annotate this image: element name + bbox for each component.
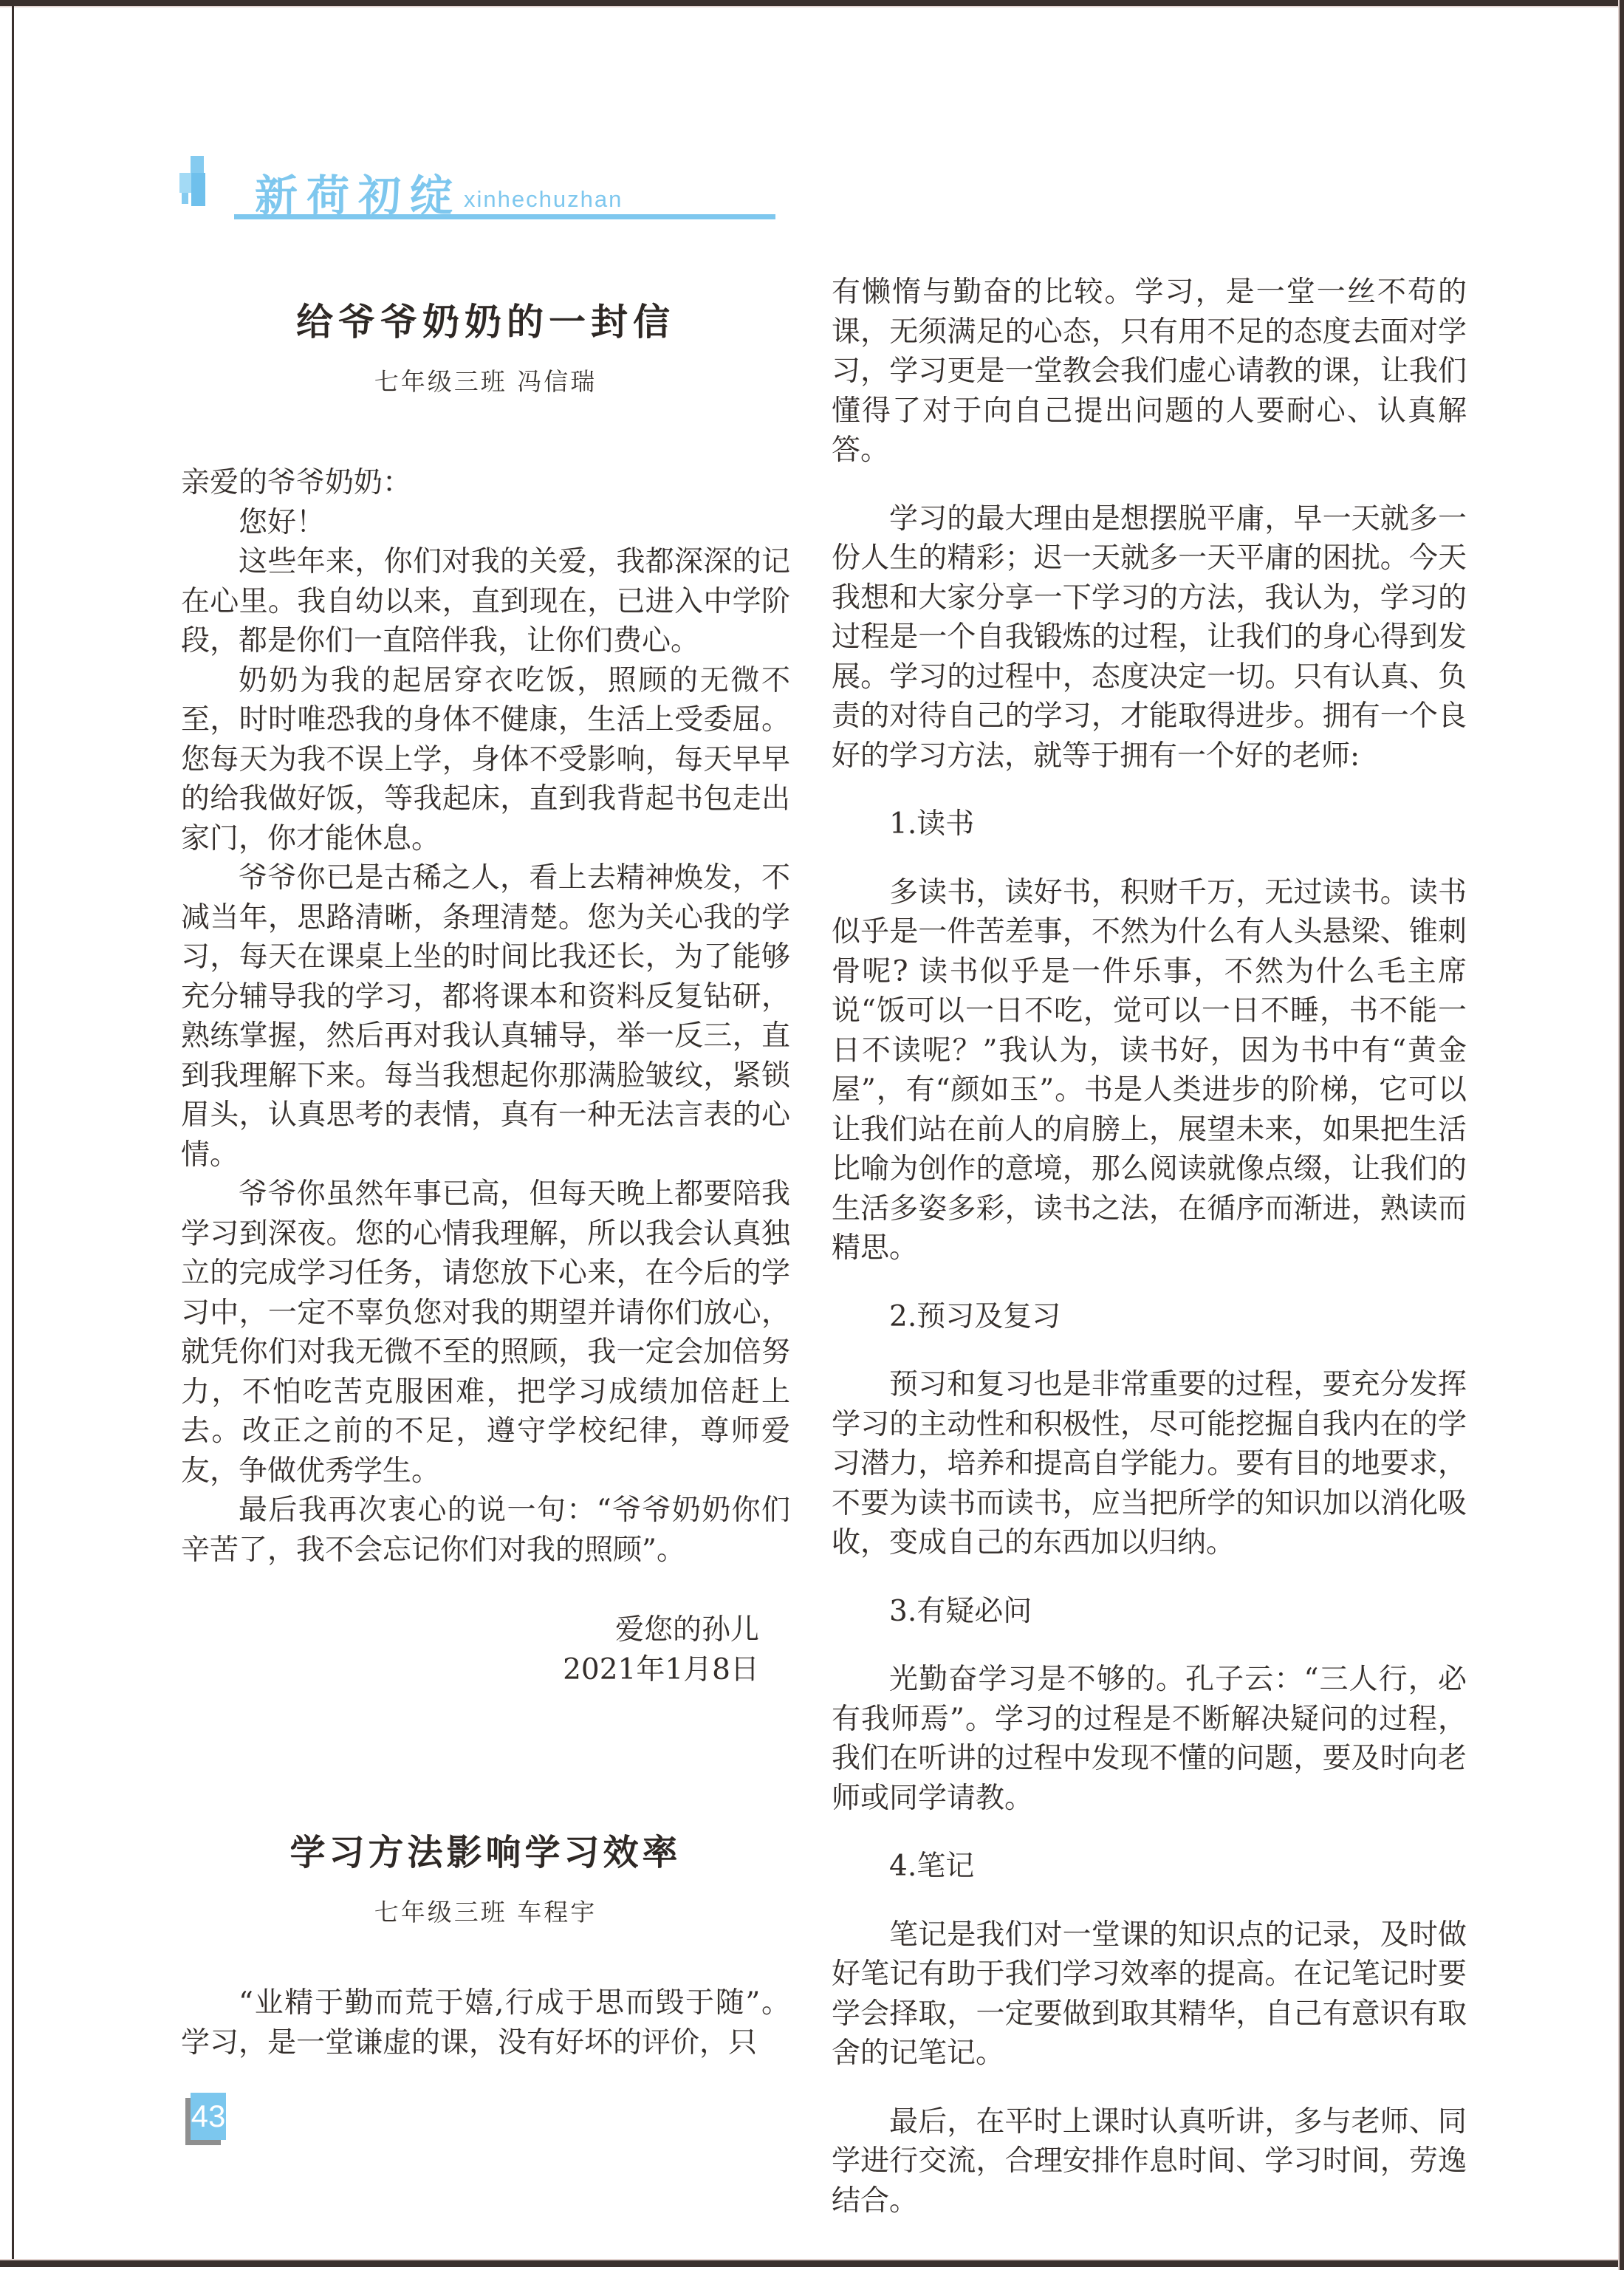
article2-paragraph: 预习和复习也是非常重要的过程，要充分发挥学习的主动性和积极性，尽可能挖掘自我内在… [832,1365,1467,1563]
article2-paragraph: 多读书，读好书，积财千万，无过读书。读书似乎是一件苦差事，不然为什么有人头悬梁、… [832,873,1467,1268]
letter-greeting: 您好！ [181,503,790,543]
signoff-name: 爱您的孙儿 [181,1610,759,1650]
article2-paragraph: 笔记是我们对一堂课的知识点的记录，及时做好笔记有助于我们学习效率的提高。在记笔记… [832,1915,1467,2074]
letter-paragraph: 奶奶为我的起居穿衣吃饭，照顾的无微不至，时时唯恐我的身体不健康，生活上受委屈。您… [181,661,790,859]
article2-heading: 4.笔记 [832,1847,1467,1887]
letter-salutation: 亲爱的爷爷奶奶： [181,463,790,503]
article2-heading: 2.预习及复习 [832,1297,1467,1337]
article2-heading: 1.读书 [832,804,1467,844]
left-column: 给爷爷奶奶的一封信 七年级三班 冯信瑞 亲爱的爷爷奶奶： 您好！ 这些年来，你们… [181,299,790,2062]
page-border-left [12,6,14,2259]
page-number-badge: 43 [191,2093,226,2140]
article1-title: 给爷爷奶奶的一封信 [181,299,790,345]
article2-title: 学习方法影响学习效率 [181,1830,790,1876]
letter-paragraph: 爷爷你已是古稀之人，看上去精神焕发，不减当年，思路清晰，条理清楚。您为关心我的学… [181,858,790,1175]
article2-heading: 3.有疑必问 [832,1592,1467,1632]
logo-squares-icon [182,193,188,204]
article2-body-start: “业精于勤而荒于嬉,行成于思而毁于随”。学习，是一堂谦虚的课，没有好坏的评价，只 [181,1983,790,2062]
article2-paragraph: 有懒惰与勤奋的比较。学习，是一堂一丝不苟的课，无须满足的心态，只有用不足的态度去… [832,273,1467,471]
logo-squares-icon [191,173,205,206]
article2-paragraph: 学习的最大理由是想摆脱平庸，早一天就多一份人生的精彩；迟一天就多一天平庸的困扰。… [832,499,1467,776]
article2-byline: 七年级三班 车程宇 [181,1896,790,1929]
letter-signoff: 爱您的孙儿 2021年1月8日 [181,1610,790,1689]
letter-paragraph: 最后我再次衷心的说一句：“爷爷奶奶你们辛苦了，我不会忘记你们对我的照顾”。 [181,1491,790,1570]
letter-paragraph: 爷爷你虽然年事已高，但每天晚上都要陪我学习到深夜。您的心情我理解，所以我会认真独… [181,1175,790,1491]
article1-body: 亲爱的爷爷奶奶： 您好！ 这些年来，你们对我的关爱，我都深深的记在心里。我自幼以… [181,463,790,1570]
page-border-bottom [0,2259,1624,2267]
letter-paragraph: 这些年来，你们对我的关爱，我都深深的记在心里。我自幼以来，直到现在，已进入中学阶… [181,542,790,661]
logo-underline [234,214,775,219]
article2-paragraph: 最后，在平时上课时认真听讲，多与老师、同学进行交流，合理安排作息时间、学习时间，… [832,2102,1467,2221]
right-column: 有懒惰与勤奋的比较。学习，是一堂一丝不苟的课，无须满足的心态，只有用不足的态度去… [832,244,1467,2249]
article2-paragraph: 光勤奋学习是不够的。孔子云：“三人行，必有我师焉”。学习的过程是不断解决疑问的过… [832,1660,1467,1818]
logo-squares-icon [191,156,204,173]
article1-byline: 七年级三班 冯信瑞 [181,366,790,398]
page-border-right [1618,0,1624,2270]
magazine-page: 新荷初绽 xinhechuzhan 给爷爷奶奶的一封信 七年级三班 冯信瑞 亲爱… [0,0,1624,2270]
signoff-date: 2021年1月8日 [181,1650,759,1690]
logo-squares-icon [179,173,191,193]
page-border-top [0,0,1624,7]
article2-opening: “业精于勤而荒于嬉,行成于思而毁于随”。学习，是一堂谦虚的课，没有好坏的评价，只 [181,1983,790,2062]
logo-pinyin: xinhechuzhan [464,186,623,213]
